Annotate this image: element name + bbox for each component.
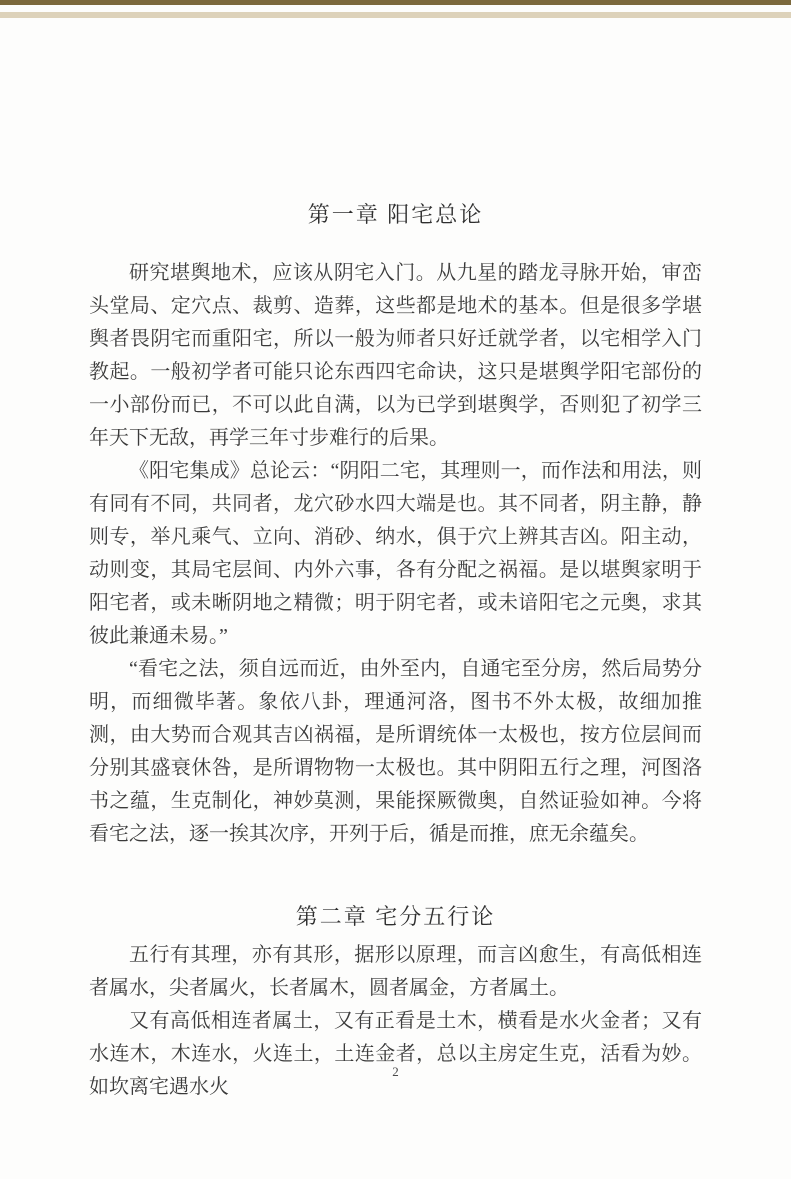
chapter-1-title: 第一章 阳宅总论 [89,199,702,231]
chapter-1-paragraph-3: “看宅之法，须自远而近，由外至内，自通宅至分房，然后局势分明，而细微毕著。象依八… [89,653,702,851]
chapter-1-paragraph-2: 《阳宅集成》总论云：“阴阳二宅，其理则一，而作法和用法，则有同有不同，共同者，龙… [89,455,702,653]
chapter-2-paragraph-2: 又有高低相连者属土，又有正看是土木，横看是水火金者；又有水连木，木连水，火连土，… [89,1005,702,1104]
page-body: 第一章 阳宅总论 研究堪舆地术，应该从阴宅入门。从九星的踏龙寻脉开始，审峦头堂局… [89,18,702,1104]
page-top-border-dark [0,0,791,5]
book-page: { "page": { "number": "2", "colors": { "… [0,0,791,1179]
chapter-1-paragraph-1: 研究堪舆地术，应该从阴宅入门。从九星的踏龙寻脉开始，审峦头堂局、定穴点、裁剪、造… [89,257,702,455]
page-number: 2 [0,1064,791,1080]
chapter-2-title: 第二章 宅分五行论 [89,901,702,933]
chapter-2-paragraph-1: 五行有其理，亦有其形，据形以原理，而言凶愈生，有高低相连者属水，尖者属火，长者属… [89,939,702,1005]
